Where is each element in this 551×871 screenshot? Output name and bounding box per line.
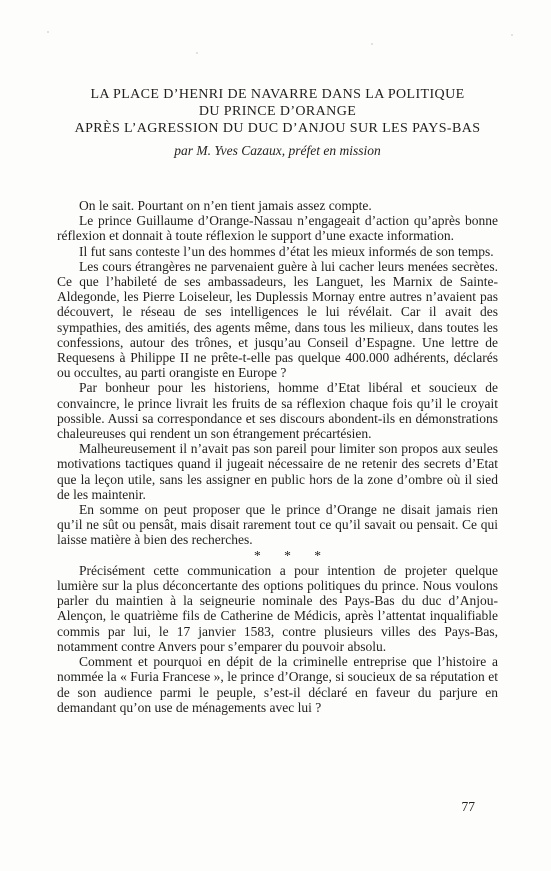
body-paragraph: Malheureusement il n’avait pas son parei… [57, 441, 498, 502]
article-title-line-1: LA PLACE D’HENRI DE NAVARRE DANS LA POLI… [57, 86, 498, 103]
article-body: On le sait. Pourtant on n’en tient jamai… [57, 198, 498, 715]
scan-speck [47, 31, 49, 33]
body-paragraph: Le prince Guillaume d’Orange-Nassau n’en… [57, 213, 498, 243]
body-paragraph: Par bonheur pour les historiens, homme d… [57, 380, 498, 441]
scan-speck [511, 34, 513, 36]
article-title-line-2: DU PRINCE D’ORANGE [57, 103, 498, 120]
scan-speck [196, 52, 198, 54]
body-paragraph: Les cours étrangères ne parvenaient guèr… [57, 259, 498, 381]
article-title-line-3: APRÈS L’AGRESSION DU DUC D’ANJOU SUR LES… [57, 120, 498, 137]
body-paragraph: On le sait. Pourtant on n’en tient jamai… [57, 198, 498, 213]
page-number: 77 [462, 799, 476, 815]
body-paragraph: Précisément cette communication a pour i… [57, 563, 498, 654]
body-paragraph: Il fut sans conteste l’un des hommes d’é… [57, 244, 498, 259]
section-separator: * * * [57, 548, 498, 563]
article-title: LA PLACE D’HENRI DE NAVARRE DANS LA POLI… [57, 86, 498, 137]
article-byline: par M. Yves Cazaux, préfet en mission [57, 143, 498, 159]
scanned-document-page: LA PLACE D’HENRI DE NAVARRE DANS LA POLI… [0, 0, 551, 871]
scan-speck [371, 43, 373, 45]
text-block: LA PLACE D’HENRI DE NAVARRE DANS LA POLI… [57, 86, 498, 715]
body-paragraph: En somme on peut proposer que le prince … [57, 502, 498, 548]
body-paragraph: Comment et pourquoi en dépit de la crimi… [57, 654, 498, 715]
